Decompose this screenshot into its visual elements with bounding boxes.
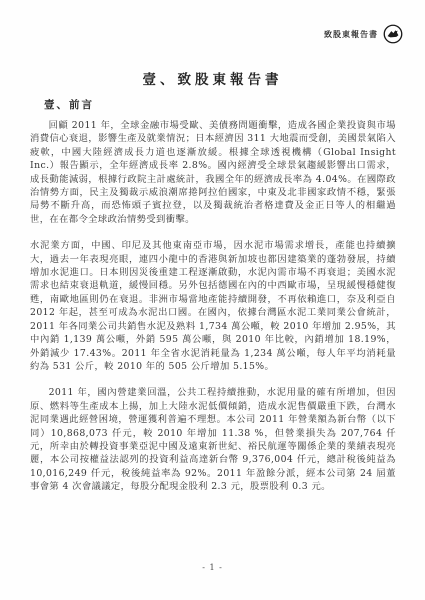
report-page: 致股東報告書 壹、致股東報告書 壹、前言 回顧 2011 年，全球金融市場受歐、… bbox=[0, 0, 425, 600]
company-logo-icon bbox=[383, 24, 403, 44]
paragraph-economy-overview: 回顧 2011 年，全球金融市場受歐、美債務問題衝擊，造成各國企業投資與市場消費… bbox=[30, 119, 396, 226]
section-heading: 壹、前言 bbox=[44, 97, 94, 112]
report-body: 回顧 2011 年，全球金融市場受歐、美債務問題衝擊，造成各國企業投資與市場消費… bbox=[30, 119, 396, 504]
paragraph-company-financials: 2011 年，國內營建業回溫，公共工程持續推動，水泥用量的確有所增加，但因原、燃… bbox=[30, 386, 396, 493]
page-footer: - 1 - bbox=[0, 555, 425, 574]
paragraph-cement-industry: 水泥業方面，中國、印尼及其他東南亞市場，因水泥市場需求增長，產能也持續擴大，過去… bbox=[30, 239, 396, 373]
page-title: 壹、致股東報告書 bbox=[0, 68, 425, 88]
page-header: 致股東報告書 bbox=[324, 24, 403, 44]
header-label: 致股東報告書 bbox=[324, 29, 378, 40]
page-number: - 1 - bbox=[202, 563, 223, 572]
